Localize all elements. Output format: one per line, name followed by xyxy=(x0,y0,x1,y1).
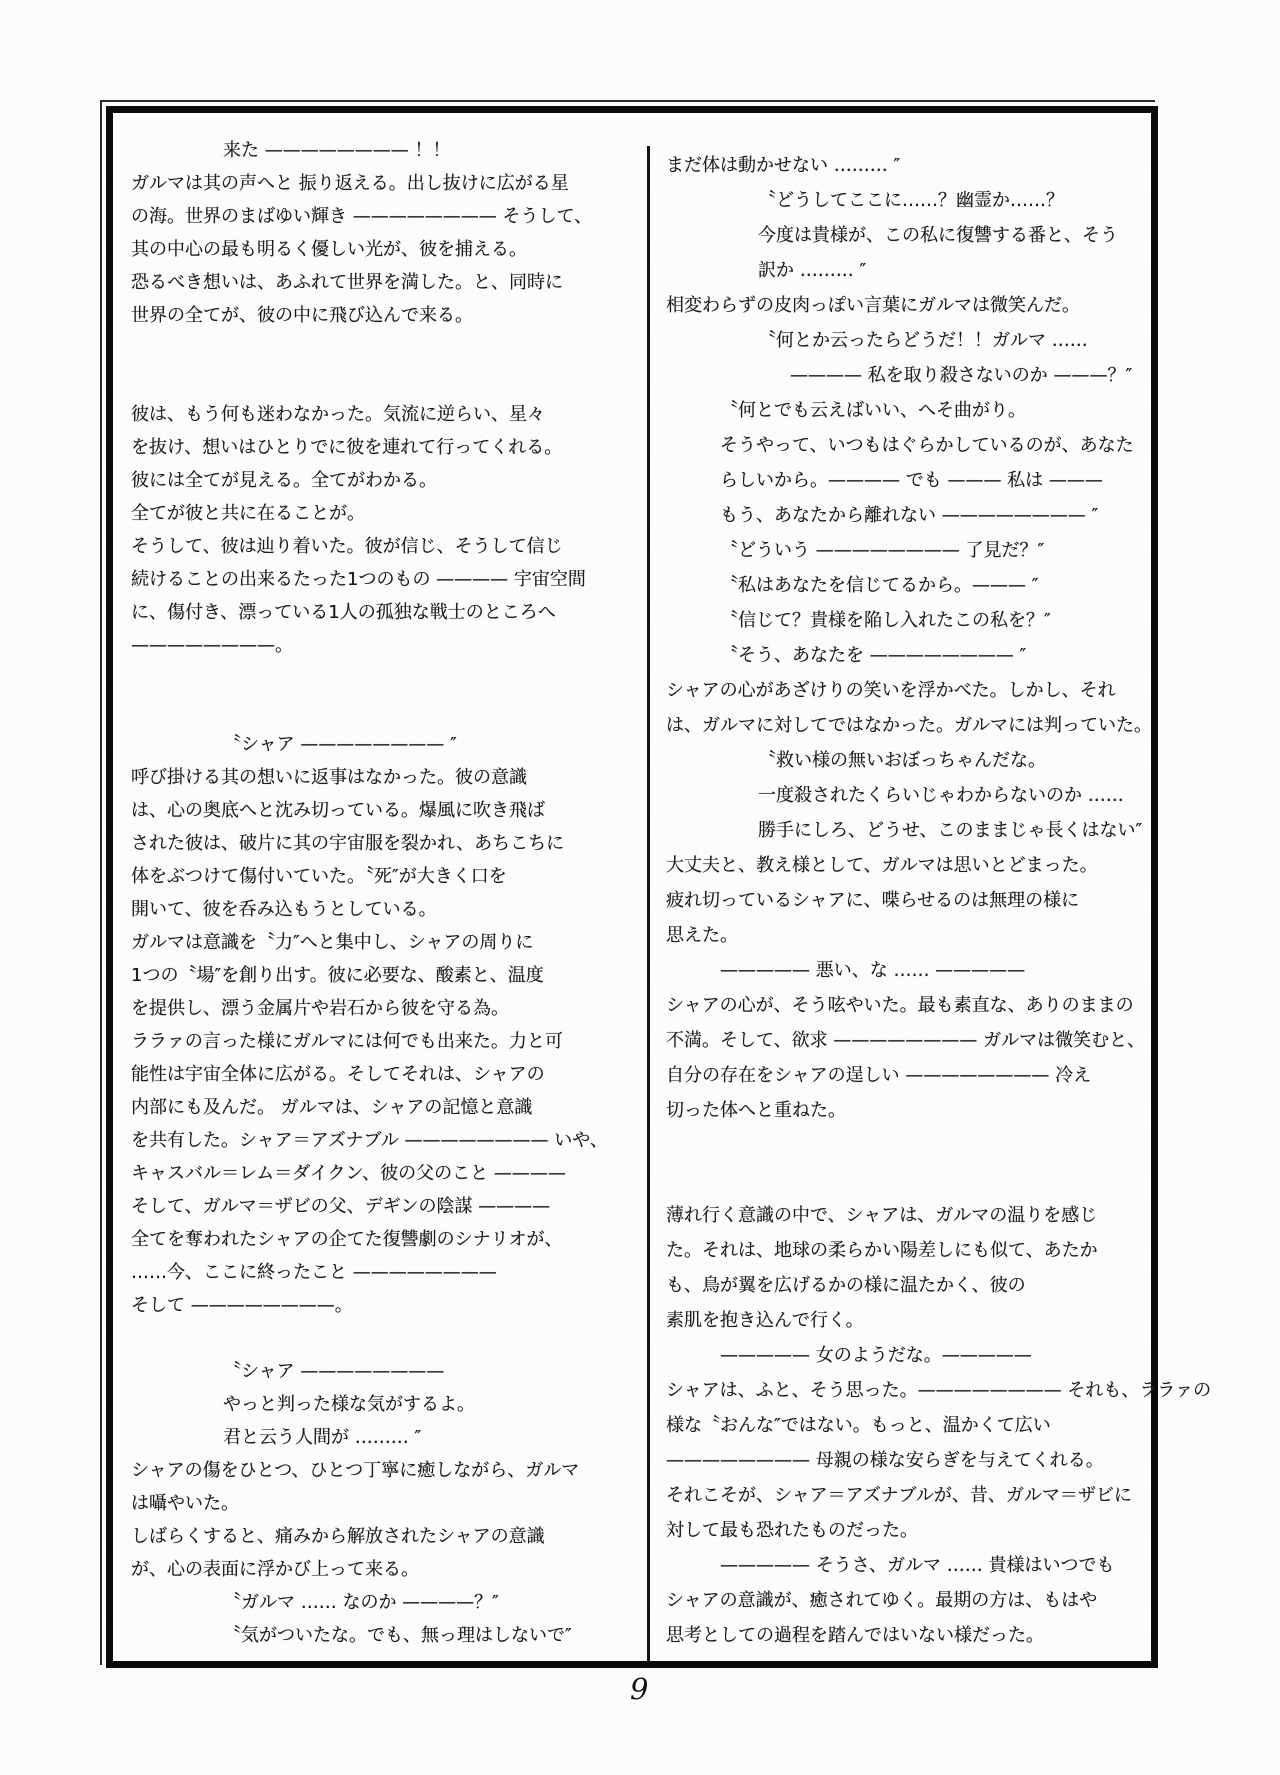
text-line: やっと判った様な気がするよ。 xyxy=(131,1388,601,1421)
text-line: 一度殺されたくらいじゃわからないのか …… xyxy=(666,778,1152,813)
text-line: を提供し、漂う金属片や岩石から彼を守る為。 xyxy=(131,992,601,1025)
text-line-content: そして、ガルマ＝ザビの父、デギンの陰謀 ———— xyxy=(131,1196,550,1217)
text-line: そうして、彼は辿り着いた。彼が信じ、そうして信じ xyxy=(131,530,601,563)
text-line-content: そうして、彼は辿り着いた。彼が信じ、そうして信じ xyxy=(131,536,563,557)
text-line-content: しばらくすると、痛みから解放されたシャアの意識 xyxy=(131,1526,545,1547)
text-line-content: 開いて、彼を呑み込もうとしている。 xyxy=(131,899,437,920)
text-line: 開いて、彼を呑み込もうとしている。 xyxy=(131,893,601,926)
text-line-content: ————— 悪い、な …… ————— xyxy=(720,960,1025,981)
text-line-content: 自分の存在をシャアの逞しい ———————— 冷え xyxy=(666,1065,1091,1086)
text-line-content: 〝どうしてここに……？幽霊か……？ xyxy=(758,190,1064,211)
text-line-content: 疲れ切っているシャアに、喋らせるのは無理の様に xyxy=(666,890,1079,911)
text-line xyxy=(131,365,601,398)
text-line-content: は囁やいた。 xyxy=(131,1493,239,1514)
text-line: 〝何とか云ったらどうだ！！ガルマ …… xyxy=(666,323,1152,358)
text-line: ————————。 xyxy=(131,629,601,662)
text-line: は、心の奥底へと沈み切っている。爆風に吹き飛ば xyxy=(131,794,601,827)
text-line: 〝ガルマ …… なのか ————？″ xyxy=(131,1586,601,1619)
text-line: は囁やいた。 xyxy=(131,1487,601,1520)
text-line: もう、あなたから離れない ———————— ″ xyxy=(666,498,1152,533)
text-line: を抜け、想いはひとりでに彼を連れて行ってくれる。 xyxy=(131,431,601,464)
text-line-content: を共有した。シャア＝アズナブル ———————— いや、 xyxy=(131,1130,608,1151)
left-text-column: 来た ———————— ！！ ガルマは其の声へと 振り返える。出し抜けに広がる星… xyxy=(131,134,601,1652)
text-line: 切った体へと重ねた。 xyxy=(666,1093,1152,1128)
text-line-content: シャアの心があざけりの笑いを浮かべた。しかし、それ xyxy=(666,680,1116,701)
text-line: 様な〝おんな″ではない。もっと、温かくて広い xyxy=(666,1408,1152,1443)
text-line-content: 切った体へと重ねた。 xyxy=(666,1100,846,1121)
text-line-content: ————————。 xyxy=(131,635,293,656)
text-line-content: は、心の奥底へと沈み切っている。爆風に吹き飛ば xyxy=(131,800,545,821)
text-line: キャスバル＝レム＝ダイクン、彼の父のこと ———— xyxy=(131,1157,601,1190)
text-line-content: それこそが、シャア＝アズナブルが、昔、ガルマ＝ザビに xyxy=(666,1485,1132,1506)
text-line: 〝何とでも云えばいい、へそ曲がり。 xyxy=(666,393,1152,428)
text-line: 疲れ切っているシャアに、喋らせるのは無理の様に xyxy=(666,883,1152,918)
text-line-content: ————— そうさ、ガルマ …… 貴様はいつでも xyxy=(720,1555,1114,1576)
text-line: 不満。そして、欲求 ———————— ガルマは微笑むと、 xyxy=(666,1023,1152,1058)
text-line-content: そうやって、いつもはぐらかしているのが、あなた xyxy=(720,435,1134,456)
text-line-content: 大丈夫と、教え様として、ガルマは思いとどまった。 xyxy=(666,855,1098,876)
text-line-content: まだ体は動かせない ……… ″ xyxy=(666,155,900,176)
text-line: は、ガルマに対してではなかった。ガルマには判っていた。 xyxy=(666,708,1152,743)
text-line-content: 思えた。 xyxy=(666,925,738,946)
text-line-content: シャアは、ふと、そう思った。———————— それも、ララァの xyxy=(666,1380,1211,1401)
text-line: ———— 私を取り殺さないのか ———？″ xyxy=(666,358,1152,393)
text-line: 続けることの出来るたった1つのもの ———— 宇宙空間 xyxy=(131,563,601,596)
text-line-content: ……今、ここに終ったこと ———————— xyxy=(131,1262,497,1283)
text-line-content: 体をぶつけて傷付いていた。〝死″が大きく口を xyxy=(131,866,507,887)
text-line: 大丈夫と、教え様として、ガルマは思いとどまった。 xyxy=(666,848,1152,883)
text-line-content: 全てが彼と共に在ることが。 xyxy=(131,503,365,524)
right-text-column: まだ体は動かせない ……… ″ 〝どうしてここに……？幽霊か……？ 今度は貴様が… xyxy=(666,148,1152,1653)
text-line: シャアの心があざけりの笑いを浮かべた。しかし、それ xyxy=(666,673,1152,708)
text-line-content: やっと判った様な気がするよ。 xyxy=(223,1394,475,1415)
text-line: も、鳥が翼を広げるかの様に温たかく、彼の xyxy=(666,1268,1152,1303)
text-line: 相変わらずの皮肉っぽい言葉にガルマは微笑んだ。 xyxy=(666,288,1152,323)
text-line xyxy=(131,332,601,365)
text-line: 〝シャア ———————— ″ xyxy=(131,728,601,761)
text-line: 対して最も恐れたものだった。 xyxy=(666,1513,1152,1548)
text-line-content: 素肌を抱き込んで行く。 xyxy=(666,1310,864,1331)
text-line-content: 来た ———————— ！！ xyxy=(223,140,450,161)
text-line-content: 〝気がついたな。でも、無っ理はしないで″ xyxy=(223,1625,572,1646)
text-line-content: に、傷付き、漂っている1人の孤独な戦士のところへ xyxy=(131,602,556,623)
text-line-content: 呼び掛ける其の想いに返事はなかった。彼の意識 xyxy=(131,767,527,788)
text-line-content: 〝そう、あなたを ———————— ″ xyxy=(720,645,1026,666)
text-line-content: ララァの言った様にガルマには何でも出来た。力と可 xyxy=(131,1031,563,1052)
page-number: 9 xyxy=(630,1672,648,1706)
text-line xyxy=(131,695,601,728)
text-line: ————— そうさ、ガルマ …… 貴様はいつでも xyxy=(666,1548,1152,1583)
text-line-content: 〝どういう ———————— 了見だ？″ xyxy=(720,540,1044,561)
text-line-content: らしいから。———— でも ——— 私は ——— xyxy=(720,470,1103,491)
text-line-content: そして ————————。 xyxy=(131,1295,353,1316)
text-line-content: 全てを奪われたシャアの企てた復讐劇のシナリオが、 xyxy=(131,1229,562,1250)
text-line-content: も、鳥が翼を広げるかの様に温たかく、彼の xyxy=(666,1275,1026,1296)
text-line: しばらくすると、痛みから解放されたシャアの意識 xyxy=(131,1520,601,1553)
scanned-page: 来た ———————— ！！ ガルマは其の声へと 振り返える。出し抜けに広がる星… xyxy=(0,0,1280,1775)
text-line: 〝そう、あなたを ———————— ″ xyxy=(666,638,1152,673)
text-line: 体をぶつけて傷付いていた。〝死″が大きく口を xyxy=(131,860,601,893)
text-line: 全てを奪われたシャアの企てた復讐劇のシナリオが、 xyxy=(131,1223,601,1256)
text-line: が、心の表面に浮かび上って来る。 xyxy=(131,1553,601,1586)
text-line: 内部にも及んだ。 ガルマは、シャアの記憶と意識 xyxy=(131,1091,601,1124)
text-line-content: の海。世界のまばゆい輝き ———————— そうして、 xyxy=(131,206,592,227)
text-line-content: 能性は宇宙全体に広がる。そしてそれは、シャアの xyxy=(131,1064,545,1085)
text-line: 訳か ……… ″ xyxy=(666,253,1152,288)
text-line: 〝私はあなたを信じてるから。——— ″ xyxy=(666,568,1152,603)
text-line: シャアは、ふと、そう思った。———————— それも、ララァの xyxy=(666,1373,1152,1408)
text-line-content: を提供し、漂う金属片や岩石から彼を守る為。 xyxy=(131,998,509,1019)
text-line-content: 〝シャア ———————— ″ xyxy=(223,734,457,755)
text-line: まだ体は動かせない ……… ″ xyxy=(666,148,1152,183)
text-line: ララァの言った様にガルマには何でも出来た。力と可 xyxy=(131,1025,601,1058)
text-line-content: 薄れ行く意識の中で、シャアは、ガルマの温りを感じ xyxy=(666,1205,1097,1226)
text-line xyxy=(666,1163,1152,1198)
text-line: 〝信じて？貴様を陥し入れたこの私を？″ xyxy=(666,603,1152,638)
text-line-content: 〝ガルマ …… なのか ————？″ xyxy=(223,1592,499,1613)
text-line-content: 一度殺されたくらいじゃわからないのか …… xyxy=(758,785,1124,806)
text-line-content: シャアの傷をひとつ、ひとつ丁寧に癒しながら、ガルマ xyxy=(131,1460,579,1481)
text-line-content: ———————— 母親の様な安らぎを与えてくれる。 xyxy=(666,1450,1104,1471)
text-line: 恐るべき想いは、あふれて世界を満した。と、同時に xyxy=(131,266,601,299)
text-line-content: 彼には全てが見える。全てがわかる。 xyxy=(131,470,437,491)
text-line-content: 1つの〝場″を創り出す。彼に必要な、酸素と、温度 xyxy=(131,965,544,986)
text-line xyxy=(131,662,601,695)
text-line-content: は、ガルマに対してではなかった。ガルマには判っていた。 xyxy=(666,715,1152,736)
text-line-content: 勝手にしろ、どうせ、このままじゃ長くはない″ xyxy=(758,820,1142,841)
text-line-content: 〝信じて？貴様を陥し入れたこの私を？″ xyxy=(720,610,1051,631)
text-line-content: 訳か ……… ″ xyxy=(758,260,866,281)
text-line: 来た ———————— ！！ xyxy=(131,134,601,167)
text-line-content: ガルマは意識を〝力″へと集中し、シャアの周りに xyxy=(131,932,533,953)
text-line-content: 続けることの出来るたった1つのもの ———— 宇宙空間 xyxy=(131,569,586,590)
text-line-content: もう、あなたから離れない ———————— ″ xyxy=(720,505,1098,526)
text-line: 思考としての過程を踏んではいない様だった。 xyxy=(666,1618,1152,1653)
text-line-content: を抜け、想いはひとりでに彼を連れて行ってくれる。 xyxy=(131,437,562,458)
text-line: 今度は貴様が、この私に復讐する番と、そう xyxy=(666,218,1152,253)
text-line: 能性は宇宙全体に広がる。そしてそれは、シャアの xyxy=(131,1058,601,1091)
text-line: ————— 女のようだな。————— xyxy=(666,1338,1152,1373)
text-line-content: 相変わらずの皮肉っぽい言葉にガルマは微笑んだ。 xyxy=(666,295,1080,316)
text-line-content: 世界の全てが、彼の中に飛び込んで来る。 xyxy=(131,305,473,326)
text-line-content: 不満。そして、欲求 ———————— ガルマは微笑むと、 xyxy=(666,1030,1145,1051)
text-line: ガルマは其の声へと 振り返える。出し抜けに広がる星 xyxy=(131,167,601,200)
text-line: 〝どういう ———————— 了見だ？″ xyxy=(666,533,1152,568)
text-line: 世界の全てが、彼の中に飛び込んで来る。 xyxy=(131,299,601,332)
text-line-content: 様な〝おんな″ではない。もっと、温かくて広い xyxy=(666,1415,1051,1436)
text-line: ————— 悪い、な …… ————— xyxy=(666,953,1152,988)
text-line-content: 内部にも及んだ。 ガルマは、シャアの記憶と意識 xyxy=(131,1097,532,1118)
text-line: 1つの〝場″を創り出す。彼に必要な、酸素と、温度 xyxy=(131,959,601,992)
text-line-content: シャアの意識が、癒されてゆく。最期の方は、もはや xyxy=(666,1590,1097,1611)
text-line: 〝どうしてここに……？幽霊か……？ xyxy=(666,183,1152,218)
text-line-content: た。それは、地球の柔らかい陽差しにも似て、あたか xyxy=(666,1240,1098,1261)
text-line: そうやって、いつもはぐらかしているのが、あなた xyxy=(666,428,1152,463)
text-line: 君と云う人間が ……… ″ xyxy=(131,1421,601,1454)
text-line: そして、ガルマ＝ザビの父、デギンの陰謀 ———— xyxy=(131,1190,601,1223)
text-line: た。それは、地球の柔らかい陽差しにも似て、あたか xyxy=(666,1233,1152,1268)
text-line: を共有した。シャア＝アズナブル ———————— いや、 xyxy=(131,1124,601,1157)
text-line: シャアの心が、そう呟やいた。最も素直な、ありのままの xyxy=(666,988,1152,1023)
text-line-content: された彼は、破片に其の宇宙服を裂かれ、あちこちに xyxy=(131,833,564,854)
text-line xyxy=(666,1128,1152,1163)
text-line-content: 其の中心の最も明るく優しい光が、彼を捕える。 xyxy=(131,239,527,260)
text-line xyxy=(131,1322,601,1355)
text-line: ガルマは意識を〝力″へと集中し、シャアの周りに xyxy=(131,926,601,959)
text-line-content: が、心の表面に浮かび上って来る。 xyxy=(131,1559,419,1580)
text-line: の海。世界のまばゆい輝き ———————— そうして、 xyxy=(131,200,601,233)
text-line: に、傷付き、漂っている1人の孤独な戦士のところへ xyxy=(131,596,601,629)
text-line-content: ————— 女のようだな。————— xyxy=(720,1345,1032,1366)
text-line: 〝シャア ———————— xyxy=(131,1355,601,1388)
text-line: 思えた。 xyxy=(666,918,1152,953)
text-line-content: ———— 私を取り殺さないのか ———？″ xyxy=(790,365,1132,386)
text-line: ———————— 母親の様な安らぎを与えてくれる。 xyxy=(666,1443,1152,1478)
text-line-content: 〝私はあなたを信じてるから。——— ″ xyxy=(720,575,1038,596)
text-line-content: 〝何とか云ったらどうだ！！ガルマ …… xyxy=(758,330,1088,351)
text-line-content: 〝何とでも云えばいい、へそ曲がり。 xyxy=(720,400,1026,421)
text-line: 彼は、もう何も迷わなかった。気流に逆らい、星々 xyxy=(131,398,601,431)
text-line: された彼は、破片に其の宇宙服を裂かれ、あちこちに xyxy=(131,827,601,860)
text-line-content: キャスバル＝レム＝ダイクン、彼の父のこと ———— xyxy=(131,1163,566,1184)
text-line: 〝気がついたな。でも、無っ理はしないで″ xyxy=(131,1619,601,1652)
text-line: 素肌を抱き込んで行く。 xyxy=(666,1303,1152,1338)
text-line-content: シャアの心が、そう呟やいた。最も素直な、ありのままの xyxy=(666,995,1134,1016)
text-line: 呼び掛ける其の想いに返事はなかった。彼の意識 xyxy=(131,761,601,794)
text-line-content: 〝シャア ———————— xyxy=(223,1361,444,1382)
text-line-content: 君と云う人間が ……… ″ xyxy=(223,1427,421,1448)
text-line: シャアの傷をひとつ、ひとつ丁寧に癒しながら、ガルマ xyxy=(131,1454,601,1487)
text-line: らしいから。———— でも ——— 私は ——— xyxy=(666,463,1152,498)
text-line-content: ガルマは其の声へと 振り返える。出し抜けに広がる星 xyxy=(131,173,569,194)
text-line-content: 今度は貴様が、この私に復讐する番と、そう xyxy=(758,225,1118,246)
text-line: 自分の存在をシャアの逞しい ———————— 冷え xyxy=(666,1058,1152,1093)
text-line-content: 〝救い様の無いおぼっちゃんだな。 xyxy=(758,750,1046,771)
text-line-content: 対して最も恐れたものだった。 xyxy=(666,1520,918,1541)
text-line-content: 恐るべき想いは、あふれて世界を満した。と、同時に xyxy=(131,272,563,293)
text-line: そして ————————。 xyxy=(131,1289,601,1322)
text-line: 〝救い様の無いおぼっちゃんだな。 xyxy=(666,743,1152,778)
text-line: 全てが彼と共に在ることが。 xyxy=(131,497,601,530)
text-line-content: 思考としての過程を踏んではいない様だった。 xyxy=(666,1625,1044,1646)
text-line: 勝手にしろ、どうせ、このままじゃ長くはない″ xyxy=(666,813,1152,848)
text-line: それこそが、シャア＝アズナブルが、昔、ガルマ＝ザビに xyxy=(666,1478,1152,1513)
text-line: ……今、ここに終ったこと ———————— xyxy=(131,1256,601,1289)
text-line-content: 彼は、もう何も迷わなかった。気流に逆らい、星々 xyxy=(131,404,545,425)
column-divider-line xyxy=(647,146,650,1661)
text-line: 薄れ行く意識の中で、シャアは、ガルマの温りを感じ xyxy=(666,1198,1152,1233)
text-line: 彼には全てが見える。全てがわかる。 xyxy=(131,464,601,497)
text-line: シャアの意識が、癒されてゆく。最期の方は、もはや xyxy=(666,1583,1152,1618)
text-line: 其の中心の最も明るく優しい光が、彼を捕える。 xyxy=(131,233,601,266)
